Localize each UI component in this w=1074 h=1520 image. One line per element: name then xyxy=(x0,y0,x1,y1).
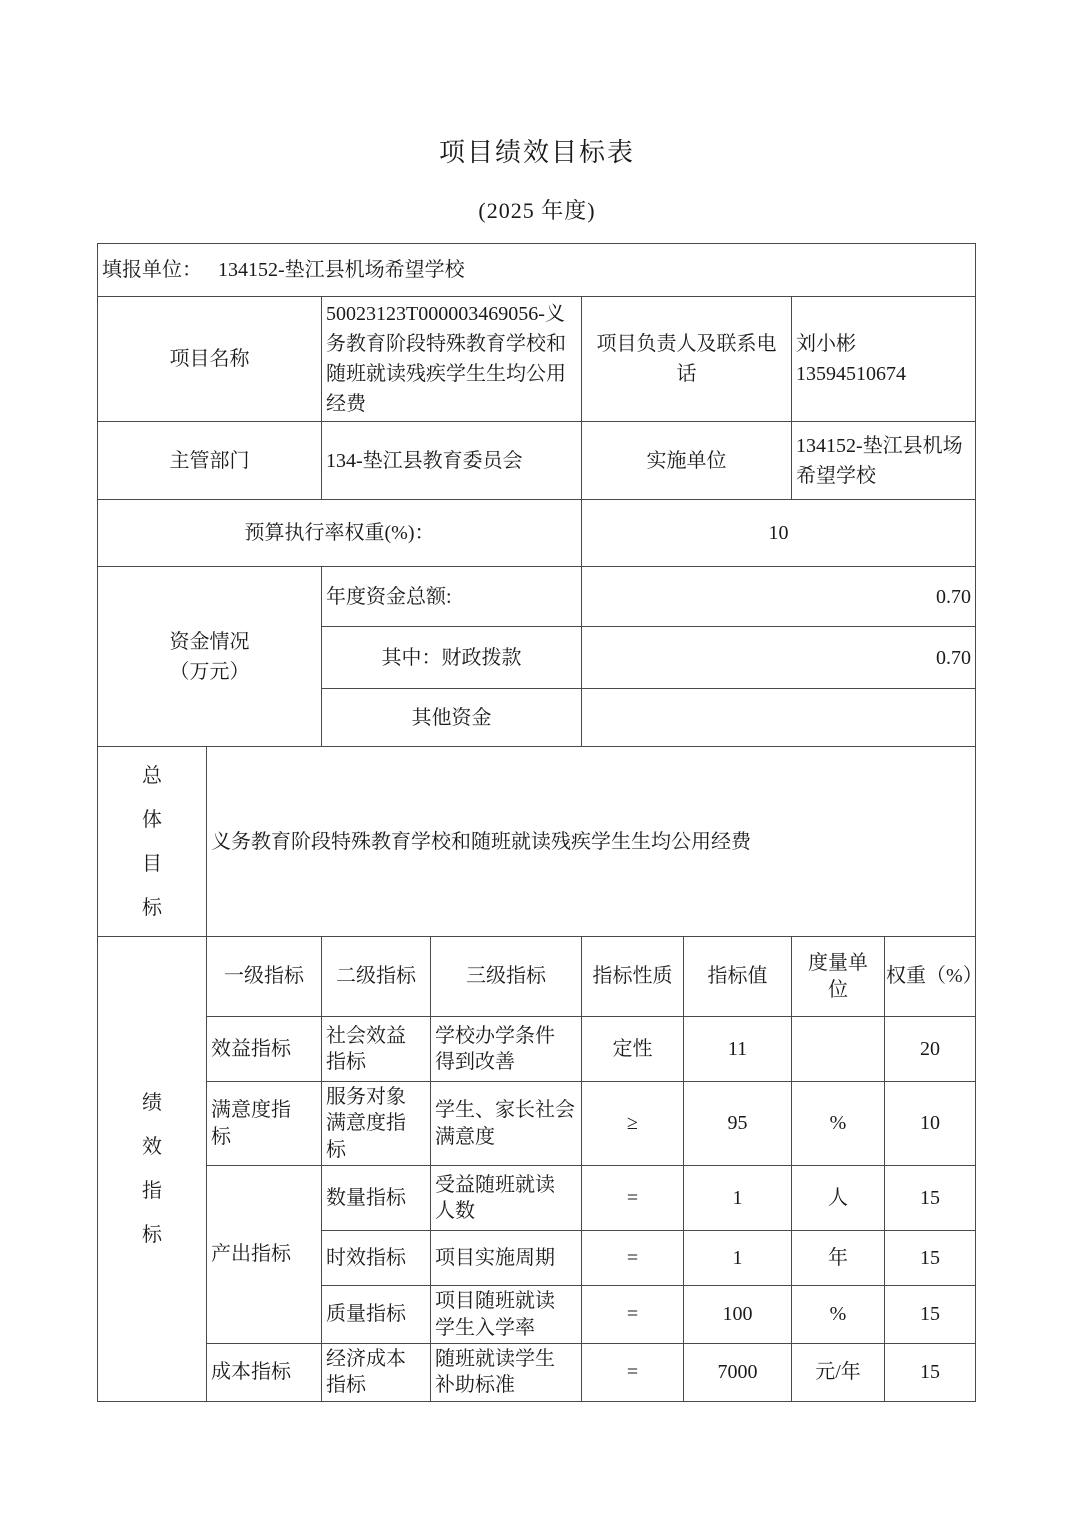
indicator-level3: 学生、家长社会 满意度 xyxy=(431,1082,582,1166)
indicator-level3: 学校办学条件 得到改善 xyxy=(431,1017,582,1082)
indicator-weight: 15 xyxy=(885,1286,976,1344)
indicator-value: 1 xyxy=(684,1166,792,1231)
reporting-unit-value: 134152-垫江县机场希望学校 xyxy=(218,259,465,281)
row-budget-rate: 预算执行率权重(%)： 10 xyxy=(98,500,976,567)
indicator-section-label: 绩效指标 xyxy=(139,1081,165,1257)
funding-total-value: 0.70 xyxy=(582,567,976,627)
indicator-level2: 时效指标 xyxy=(322,1231,431,1286)
indicator-unit: 年 xyxy=(792,1231,885,1286)
row-overall-goal: 总体目标 义务教育阶段特殊教育学校和随班就读残疾学生生均公用经费 xyxy=(98,747,976,937)
indicator-weight: 15 xyxy=(885,1166,976,1231)
indicator-weight: 15 xyxy=(885,1343,976,1401)
budget-rate-value: 10 xyxy=(582,500,976,567)
indicator-level3: 项目实施周期 xyxy=(431,1231,582,1286)
indicator-unit: % xyxy=(792,1082,885,1166)
indicator-value: 95 xyxy=(684,1082,792,1166)
indicator-level1: 满意度指 标 xyxy=(207,1082,322,1166)
header-nature: 指标性质 xyxy=(582,937,684,1017)
indicator-nature: = xyxy=(582,1166,684,1231)
indicator-level3: 项目随班就读 学生入学率 xyxy=(431,1286,582,1344)
page-title: 项目绩效目标表 xyxy=(0,140,1074,166)
row-benefit-indicator: 效益指标 社会效益 指标 学校办学条件 得到改善 定性 11 20 xyxy=(98,1017,976,1082)
funding-fiscal-value: 0.70 xyxy=(582,627,976,689)
funding-other-value xyxy=(582,689,976,747)
indicator-level1: 成本指标 xyxy=(207,1343,322,1401)
indicator-unit: % xyxy=(792,1286,885,1344)
funding-section-label: 资金情况 （万元） xyxy=(98,567,322,747)
indicator-weight: 20 xyxy=(885,1017,976,1082)
row-indicator-header: 绩效指标 一级指标 二级指标 三级指标 指标性质 指标值 度量单 位 权重（%） xyxy=(98,937,976,1017)
project-leader-phone: 13594510674 xyxy=(796,359,971,389)
indicator-level3: 随班就读学生 补助标准 xyxy=(431,1343,582,1401)
indicator-level2: 数量指标 xyxy=(322,1166,431,1231)
header-level3: 三级指标 xyxy=(431,937,582,1017)
funding-fiscal-label: 其中：财政拨款 xyxy=(322,627,582,689)
page-subtitle: (2025 年度) xyxy=(0,200,1074,222)
row-funding-total: 资金情况 （万元） 年度资金总额: 0.70 xyxy=(98,567,976,627)
funding-total-label: 年度资金总额: xyxy=(322,567,582,627)
row-cost-indicator: 成本指标 经济成本 指标 随班就读学生 补助标准 = 7000 元/年 15 xyxy=(98,1343,976,1401)
indicator-nature: 定性 xyxy=(582,1017,684,1082)
department-value: 134-垫江县教育委员会 xyxy=(322,422,582,500)
project-leader-label: 项目负责人及联系电 话 xyxy=(582,297,792,422)
row-reporting-unit: 填报单位：134152-垫江县机场希望学校 xyxy=(98,244,976,297)
header-value: 指标值 xyxy=(684,937,792,1017)
header-unit: 度量单 位 xyxy=(792,937,885,1017)
document-page: 项目绩效目标表 (2025 年度) 填报单位：134152-垫江县机场希望学校 … xyxy=(0,0,1074,1520)
indicator-level2: 社会效益 指标 xyxy=(322,1017,431,1082)
indicator-level2: 经济成本 指标 xyxy=(322,1343,431,1401)
indicator-value: 100 xyxy=(684,1286,792,1344)
project-leader-name: 刘小彬 xyxy=(796,329,971,359)
performance-target-table: 填报单位：134152-垫江县机场希望学校 项目名称 50023123T0000… xyxy=(97,243,976,1402)
indicator-value: 7000 xyxy=(684,1343,792,1401)
indicator-unit: 人 xyxy=(792,1166,885,1231)
indicator-level1: 效益指标 xyxy=(207,1017,322,1082)
project-leader-cell: 刘小彬 13594510674 xyxy=(792,297,976,422)
reporting-unit-cell: 填报单位：134152-垫江县机场希望学校 xyxy=(98,244,976,297)
indicator-value: 1 xyxy=(684,1231,792,1286)
overall-goal-value: 义务教育阶段特殊教育学校和随班就读残疾学生生均公用经费 xyxy=(207,747,976,937)
row-department: 主管部门 134-垫江县教育委员会 实施单位 134152-垫江县机场 希望学校 xyxy=(98,422,976,500)
row-satisfaction-indicator: 满意度指 标 服务对象 满意度指 标 学生、家长社会 满意度 ≥ 95 % 10 xyxy=(98,1082,976,1166)
implementing-unit-label: 实施单位 xyxy=(582,422,792,500)
indicator-unit xyxy=(792,1017,885,1082)
project-name-value: 50023123T000003469056-义 务教育阶段特殊教育学校和 随班就… xyxy=(322,297,582,422)
indicator-nature: = xyxy=(582,1286,684,1344)
department-label: 主管部门 xyxy=(98,422,322,500)
header-weight: 权重（%） xyxy=(885,937,976,1017)
budget-rate-label: 预算执行率权重(%)： xyxy=(98,500,582,567)
reporting-unit-label: 填报单位： xyxy=(102,259,202,281)
project-name-label: 项目名称 xyxy=(98,297,322,422)
row-output-quantity: 产出指标 数量指标 受益随班就读 人数 = 1 人 15 xyxy=(98,1166,976,1231)
indicator-weight: 15 xyxy=(885,1231,976,1286)
header-level1: 一级指标 xyxy=(207,937,322,1017)
indicator-level1: 产出指标 xyxy=(207,1166,322,1344)
indicator-level3: 受益随班就读 人数 xyxy=(431,1166,582,1231)
funding-other-label: 其他资金 xyxy=(322,689,582,747)
indicator-value: 11 xyxy=(684,1017,792,1082)
indicator-nature: ≥ xyxy=(582,1082,684,1166)
indicator-level2: 服务对象 满意度指 标 xyxy=(322,1082,431,1166)
implementing-unit-value: 134152-垫江县机场 希望学校 xyxy=(792,422,976,500)
indicator-unit: 元/年 xyxy=(792,1343,885,1401)
indicator-weight: 10 xyxy=(885,1082,976,1166)
row-project-name: 项目名称 50023123T000003469056-义 务教育阶段特殊教育学校… xyxy=(98,297,976,422)
indicator-nature: = xyxy=(582,1231,684,1286)
indicator-level2: 质量指标 xyxy=(322,1286,431,1344)
indicator-section-cell: 绩效指标 xyxy=(98,937,207,1402)
header-level2: 二级指标 xyxy=(322,937,431,1017)
indicator-nature: = xyxy=(582,1343,684,1401)
overall-goal-label: 总体目标 xyxy=(139,754,165,930)
overall-goal-label-cell: 总体目标 xyxy=(98,747,207,937)
